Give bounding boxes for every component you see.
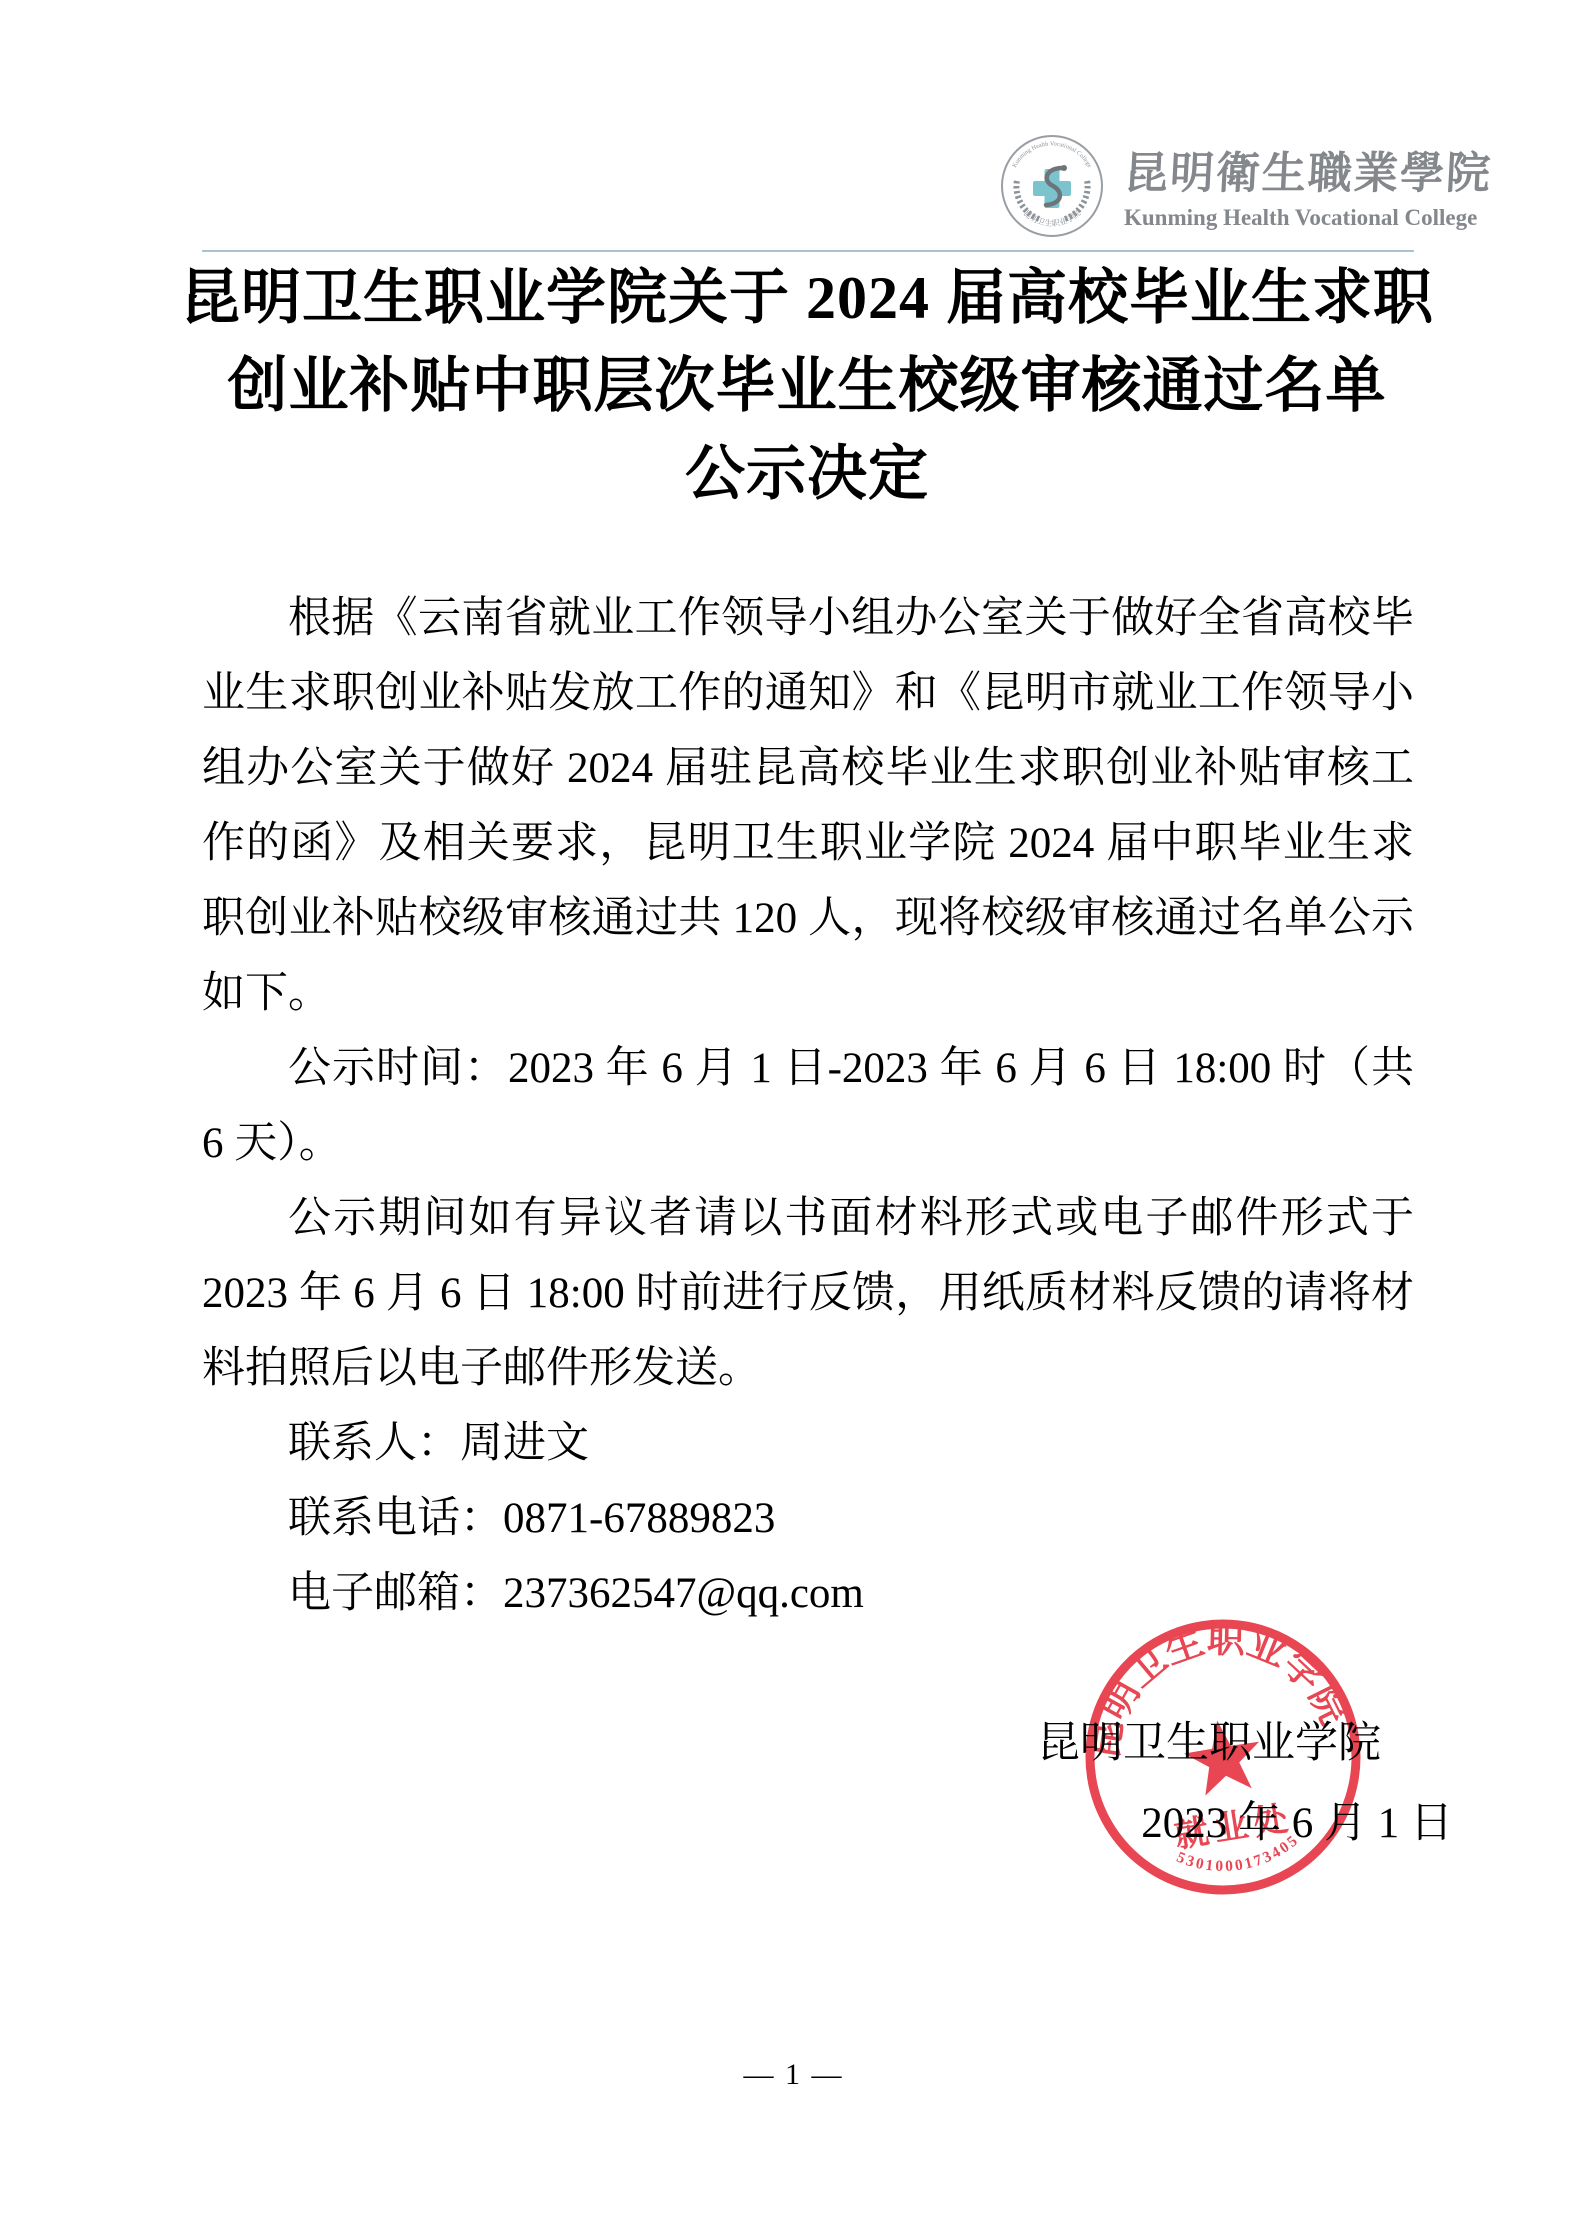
paragraph-publicity-period: 公示时间：2023 年 6 月 1 日-2023 年 6 月 6 日 18:00… <box>202 1031 1414 1181</box>
signature-org: 昆明卫生职业学院 <box>1037 1704 1453 1784</box>
signature-date: 2023 年 6 月 1 日 <box>1037 1784 1453 1864</box>
contact-phone: 联系电话：0871-67889823 <box>202 1481 1414 1556</box>
college-emblem-icon: Kunming Health Vocational College 昆明卫生职业… <box>1000 134 1104 238</box>
signature-block: 昆明卫生职业学院 2023 年 6 月 1 日 <box>1037 1704 1453 1864</box>
college-names: 昆明衛生職業學院 Kunming Health Vocational Colle… <box>1124 148 1492 231</box>
document-page: Kunming Health Vocational College 昆明卫生职业… <box>0 0 1587 2228</box>
paragraph-basis: 根据《云南省就业工作领导小组办公室关于做好全省高校毕业生求职创业补贴发放工作的通… <box>202 581 1414 1031</box>
title-line-2: 创业补贴中职层次毕业生校级审核通过名单 <box>157 342 1457 430</box>
paragraph-objection: 公示期间如有异议者请以书面材料形式或电子邮件形式于 2023 年 6 月 6 日… <box>202 1181 1414 1406</box>
title-line-3: 公示决定 <box>157 430 1457 518</box>
document-title: 昆明卫生职业学院关于 2024 届高校毕业生求职 创业补贴中职层次毕业生校级审核… <box>157 254 1457 518</box>
college-name-english: Kunming Health Vocational College <box>1124 205 1492 231</box>
header-divider <box>202 250 1414 252</box>
contact-person: 联系人：周进文 <box>202 1406 1414 1481</box>
header: Kunming Health Vocational College 昆明卫生职业… <box>1000 134 1492 238</box>
title-line-1: 昆明卫生职业学院关于 2024 届高校毕业生求职 <box>157 254 1457 342</box>
document-body: 根据《云南省就业工作领导小组办公室关于做好全省高校毕业生求职创业补贴发放工作的通… <box>202 581 1414 1631</box>
page-number: — 1 — <box>0 2058 1587 2092</box>
college-name-calligraphy: 昆明衛生職業學院 <box>1123 148 1494 200</box>
